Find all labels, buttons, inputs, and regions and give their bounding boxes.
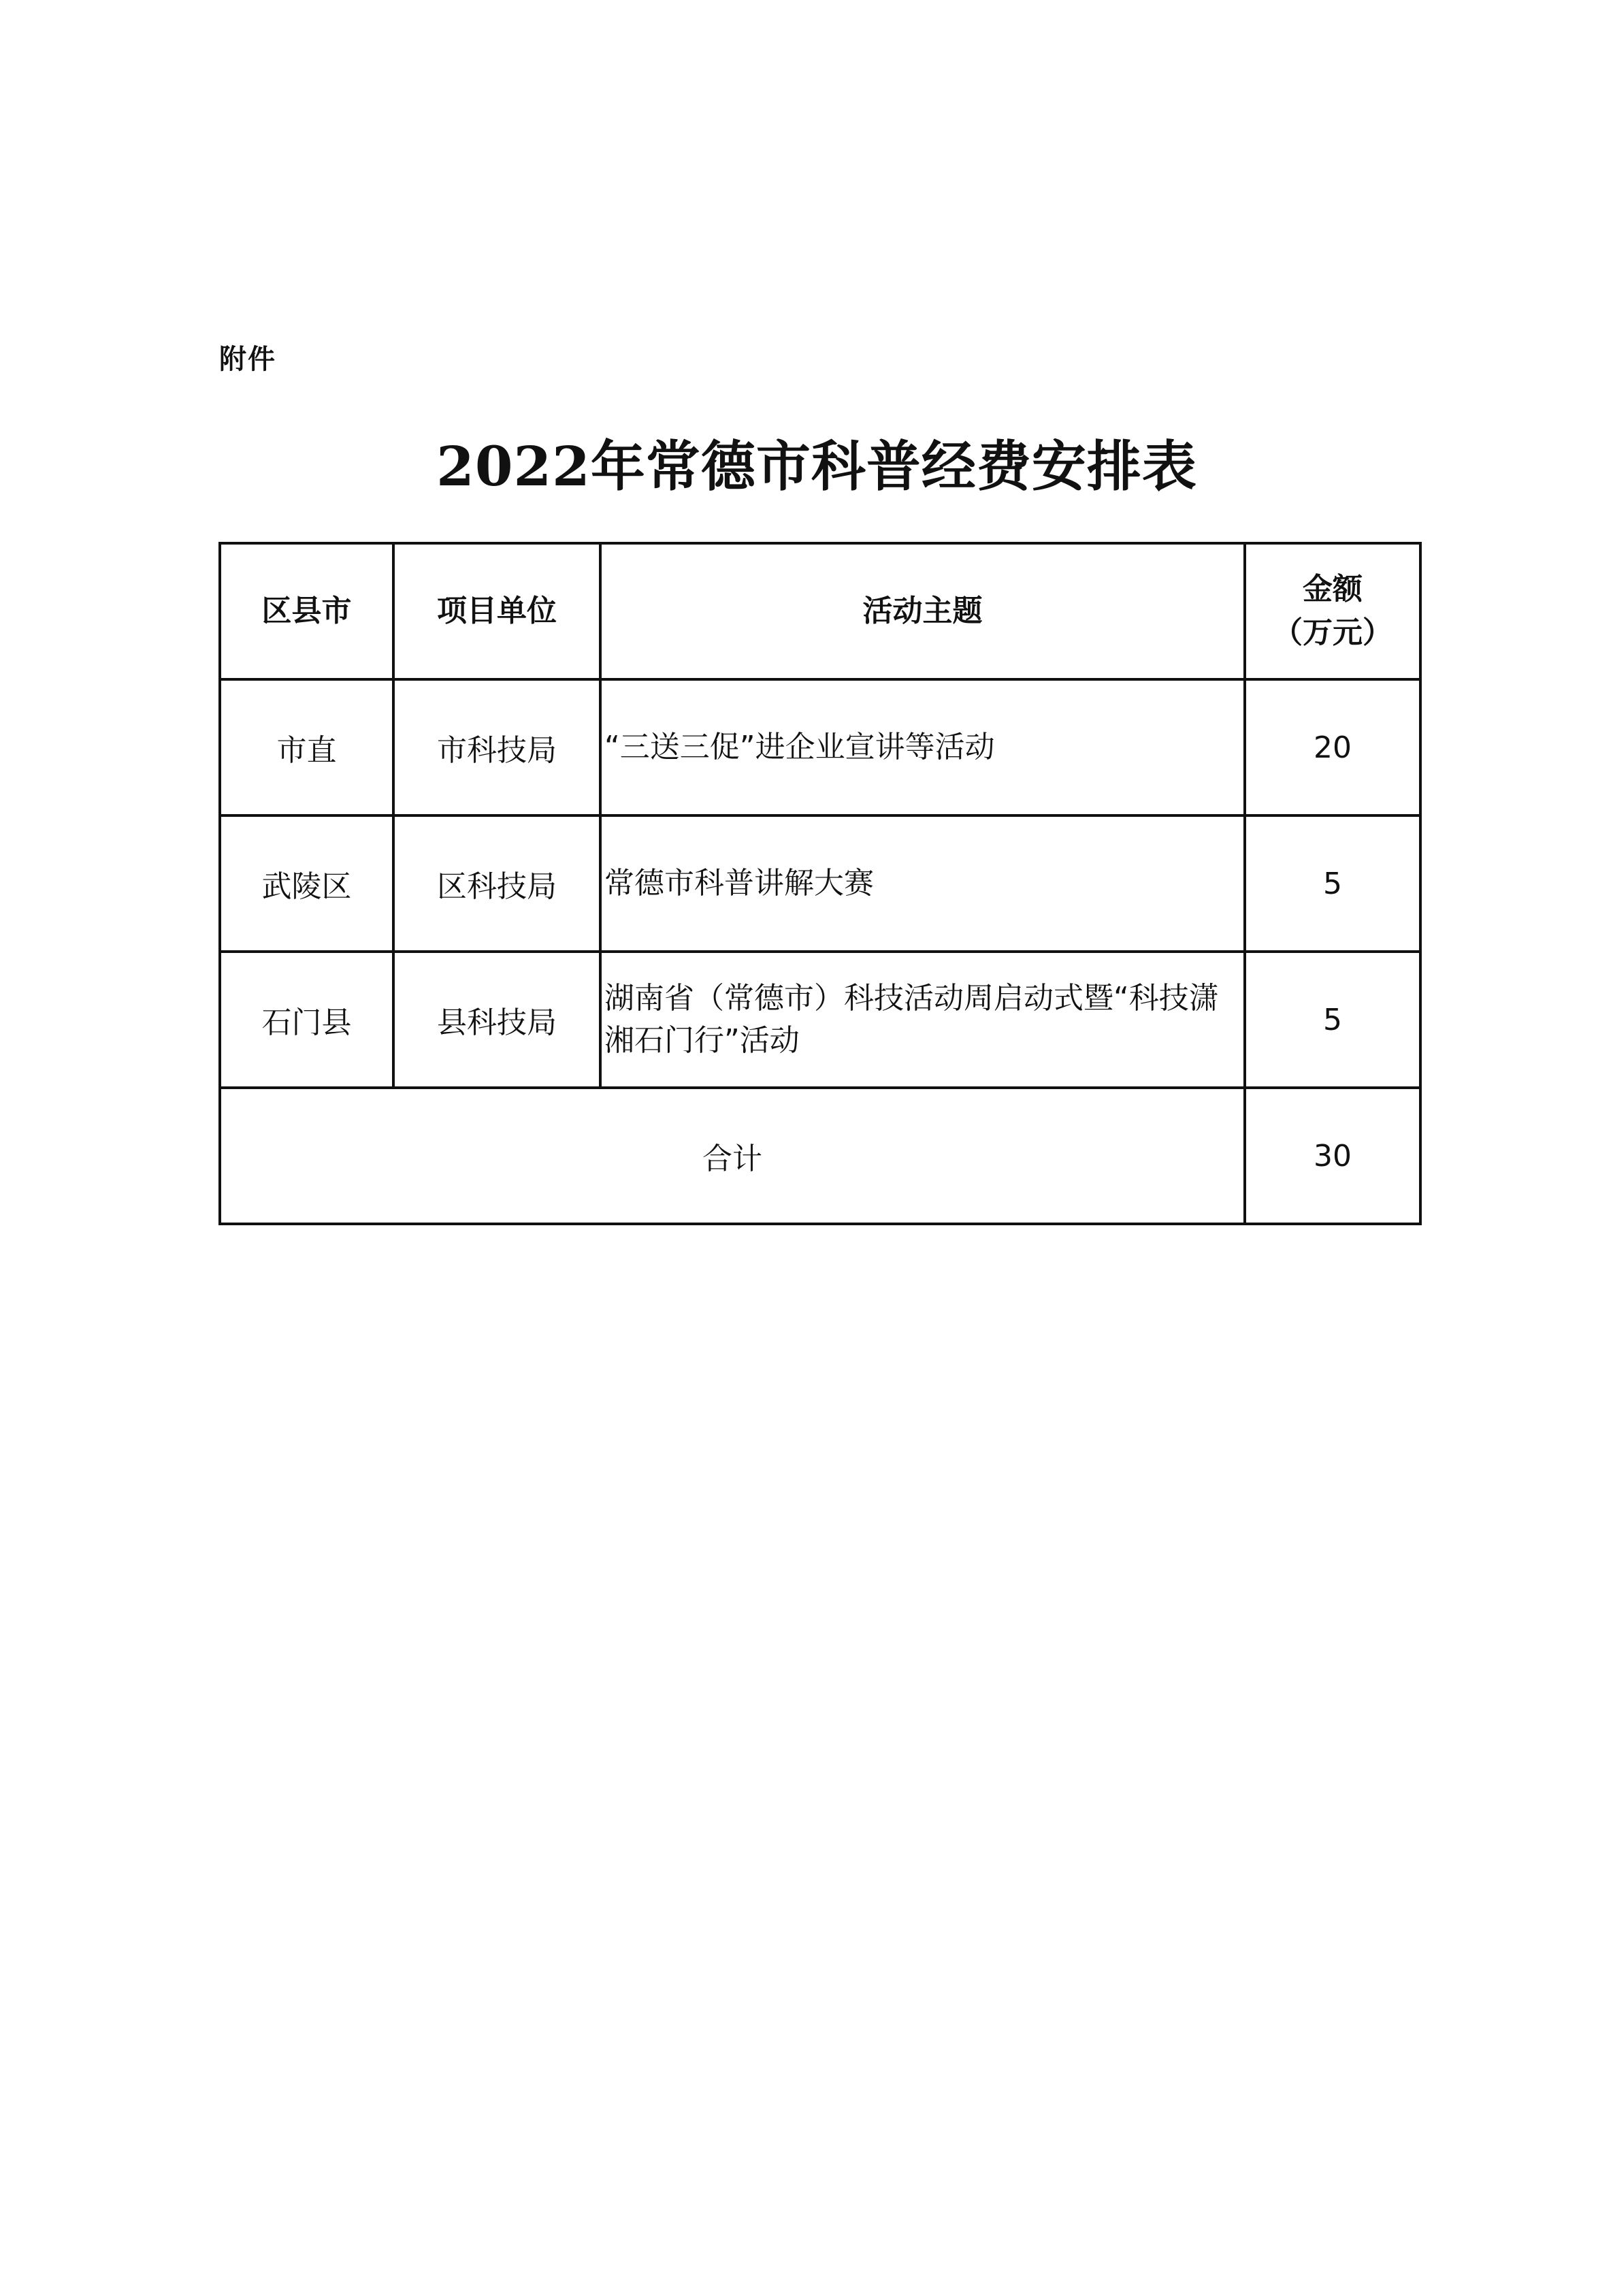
header-amount: 金额 （万元）	[1245, 543, 1420, 679]
cell-theme: 湖南省（常德市）科技活动周启动式暨“科技潇湘石门行”活动	[600, 952, 1245, 1088]
total-amount: 30	[1245, 1088, 1420, 1224]
table-row: 武陵区 区科技局 常德市科普讲解大赛 5	[220, 815, 1420, 952]
cell-amount: 5	[1245, 952, 1420, 1088]
total-label: 合计	[220, 1088, 1245, 1224]
cell-unit: 区科技局	[393, 815, 600, 952]
cell-unit: 县科技局	[393, 952, 600, 1088]
cell-theme: “三送三促”进企业宣讲等活动	[600, 679, 1245, 815]
funding-table: 区县市 项目单位 活动主题 金额 （万元） 市直 市科技局 “三送三促”进企业宣…	[218, 542, 1422, 1225]
cell-district: 武陵区	[220, 815, 393, 952]
cell-theme: 常德市科普讲解大赛	[600, 815, 1245, 952]
table-row: 市直 市科技局 “三送三促”进企业宣讲等活动 20	[220, 679, 1420, 815]
header-district: 区县市	[220, 543, 393, 679]
table-row: 石门县 县科技局 湖南省（常德市）科技活动周启动式暨“科技潇湘石门行”活动 5	[220, 952, 1420, 1088]
header-amount-line1: 金额	[1246, 568, 1419, 611]
cell-unit: 市科技局	[393, 679, 600, 815]
table-header-row: 区县市 项目单位 活动主题 金额 （万元）	[220, 543, 1420, 679]
table-total-row: 合计 30	[220, 1088, 1420, 1224]
cell-amount: 20	[1245, 679, 1420, 815]
attachment-label: 附件	[219, 338, 276, 376]
cell-district: 市直	[220, 679, 393, 815]
header-unit: 项目单位	[393, 543, 600, 679]
page-title: 2022年常德市科普经费安排表	[0, 432, 1613, 500]
header-theme: 活动主题	[600, 543, 1245, 679]
cell-amount: 5	[1245, 815, 1420, 952]
cell-district: 石门县	[220, 952, 393, 1088]
header-amount-line2: （万元）	[1246, 611, 1419, 655]
